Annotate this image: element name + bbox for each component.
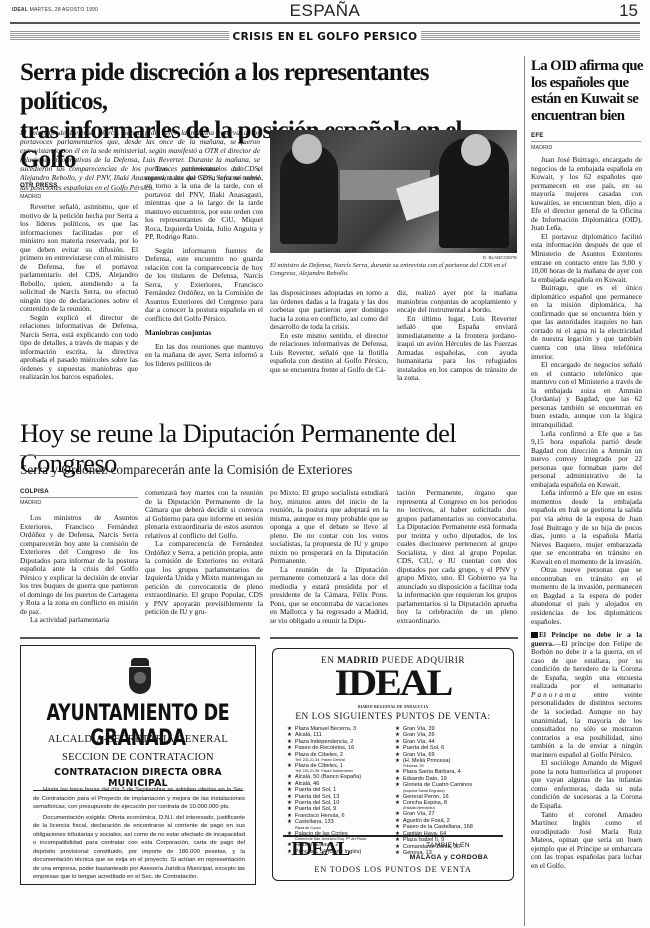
bullet-item: El Príncipe no debe ir a la guerra.—El p… <box>531 631 642 759</box>
paragraph: Hasta las trece horas del día 3 de Septi… <box>33 786 245 812</box>
paragraph: Los ministros de Asuntos Exteriores, Fra… <box>20 514 138 616</box>
header-rule <box>10 22 640 24</box>
banner-label: CRISIS EN EL GOLFO PERSICO <box>229 31 422 43</box>
photo-head-right <box>461 134 491 166</box>
ad-separator <box>20 637 260 639</box>
crown-icon <box>131 658 149 666</box>
article1-photo <box>270 130 517 253</box>
paragraph: El encargado de negocios señaló en el co… <box>531 361 642 429</box>
notice-section: SECCION DE CONTRATACION <box>21 752 255 763</box>
paragraph: comenzará hoy martes con la reunión de l… <box>145 489 263 540</box>
column-divider <box>524 56 525 926</box>
article2-subheadline: Serra y Ordóñez comparecerán ante la Com… <box>20 462 520 478</box>
also-in-label: TAMBIEN EN <box>393 842 503 849</box>
agency-rule <box>20 191 138 192</box>
shield-icon <box>129 667 151 694</box>
section-title: ESPAÑA <box>0 1 650 21</box>
paragraph: diz, realizó ayer por la mañana maniobra… <box>397 289 517 315</box>
paragraph: tación Permanente, órgano que representa… <box>397 489 517 625</box>
article2-column-3: po Mixto. El grupo socialista estudiará … <box>270 489 388 625</box>
photo-head-left <box>292 134 322 164</box>
ideal-sales-points-ad: EN MADRID PUEDE ADQUIRIR IDEAL DIARIO RE… <box>272 648 514 881</box>
paragraph: La actividad parlamentaria <box>20 616 138 625</box>
paragraph: Buitrago, que es el único diplomático es… <box>531 284 642 361</box>
article1-column-4: diz, realizó ayer por la mañana maniobra… <box>397 289 517 383</box>
headline-line: Serra pide discreción a los representant… <box>20 58 520 116</box>
paragraph: Tanto el coronel Amadeo Martínez Inglés … <box>531 811 642 871</box>
notice-body: Hasta las trece horas del día 3 de Septi… <box>33 786 245 884</box>
paragraph: Documentación exigida: Oferta económica,… <box>33 814 245 882</box>
paragraph: La reunión de la Diputación permanente c… <box>270 566 388 626</box>
article2-agency: COLPISA <box>20 488 49 495</box>
granada-council-notice: AYUNTAMIENTO DE GRANADA ALCALDIA-SECRETA… <box>20 645 256 885</box>
article2-column-4: tación Permanente, órgano que representa… <box>397 489 517 625</box>
paragraph: El sociólogo Amando de Miguel pone la no… <box>531 759 642 810</box>
photo-caption: El ministro de Defensa, Narcís Serra, du… <box>270 262 520 278</box>
subheading: Maniobras conjuntas <box>145 329 263 338</box>
paragraph: Reverter señaló, asimismo, que el motivo… <box>20 203 138 314</box>
ideal-logo: IDEAL <box>273 663 513 703</box>
article1-column-1: Reverter señaló, asimismo, que el motivo… <box>20 203 138 382</box>
also-in-cities: MALAGA y CORDOBA <box>391 854 507 861</box>
paragraph: las disposiciones adoptadas en torno a l… <box>270 289 388 332</box>
sales-points-right: Gran Vía, 39Gran Vía, 26Gran Vía, 44Puer… <box>395 726 507 856</box>
article1-column-3: las disposiciones adoptadas en torno a l… <box>270 289 388 374</box>
ideal-tagline: DIARIO REGIONAL DE ANDALUCIA <box>273 705 513 709</box>
sidebar-column: Juan José Buitrago, encargado de negocio… <box>531 156 642 870</box>
sidebar-headline: La OID afirma que los españoles que está… <box>531 58 646 124</box>
paragraph: Según informaron fuentes de Defensa, est… <box>145 247 263 324</box>
page-number: 15 <box>619 1 638 21</box>
ad-divider <box>283 835 503 837</box>
article1-column-2: Tras entrevistarse con el representante … <box>145 165 263 368</box>
paragraph: Otras nueve personas que se encontraban … <box>531 566 642 626</box>
paragraph: En este mismo sentido, el director de re… <box>270 332 388 375</box>
sidebar-agency: EFE <box>531 132 544 139</box>
article1-agency: OTR PRESS <box>20 182 58 189</box>
topic-banner: CRISIS EN EL GOLFO PERSICO <box>10 28 640 42</box>
paragraph: Según explicó el director de relaciones … <box>20 314 138 382</box>
article2-dateline: MADRID <box>20 500 41 506</box>
paragraph: La comparecencia de Fernández Ordóñez y … <box>145 540 263 617</box>
paragraph: Leña informó a Efe que en estos momentos… <box>531 489 642 566</box>
points-title: EN LOS SIGUIENTES PUNTOS DE VENTA: <box>273 712 513 722</box>
photo-credit: D. BLANCO/EFE <box>440 255 517 260</box>
ad-separator <box>270 637 518 639</box>
article1-dateline: MADRID <box>20 194 41 200</box>
paragraph: Tras entrevistarse con el representante … <box>145 165 263 242</box>
bullet-text: entre veinte personalidades de distintos… <box>531 690 642 759</box>
article2-column-2: comenzará hoy martes con la reunión de l… <box>145 489 263 617</box>
ideal-logo-small: IDEAL <box>291 838 349 861</box>
paragraph: En las dos reuniones que mantuvo en la m… <box>145 343 263 369</box>
bullet-text: —El príncipe don Felipe de Borbón no deb… <box>531 639 642 691</box>
headline-rule <box>20 455 520 456</box>
notice-department: ALCALDIA-SECRETARIA GENERAL <box>21 734 255 745</box>
agency-rule <box>531 141 641 142</box>
article2-column-1: Los ministros de Asuntos Exteriores, Fra… <box>20 514 138 625</box>
paragraph: En último lugar, Luis Reverter señaló qu… <box>397 315 517 383</box>
ad-footer: EN TODOS LOS PUNTOS DE VENTA <box>273 865 513 874</box>
paragraph: Leña confirmó a Efe que a las 9,15 hora … <box>531 430 642 490</box>
paragraph: Juan José Buitrago, encargado de negocio… <box>531 156 642 233</box>
paragraph: po Mixto. El grupo socialista estudiará … <box>270 489 388 566</box>
agency-rule <box>20 497 138 498</box>
paragraph: El portavoz diplomático facilitó esta in… <box>531 233 642 284</box>
sidebar-dateline: MADRID <box>531 145 552 151</box>
coat-of-arms-icon <box>127 658 153 696</box>
